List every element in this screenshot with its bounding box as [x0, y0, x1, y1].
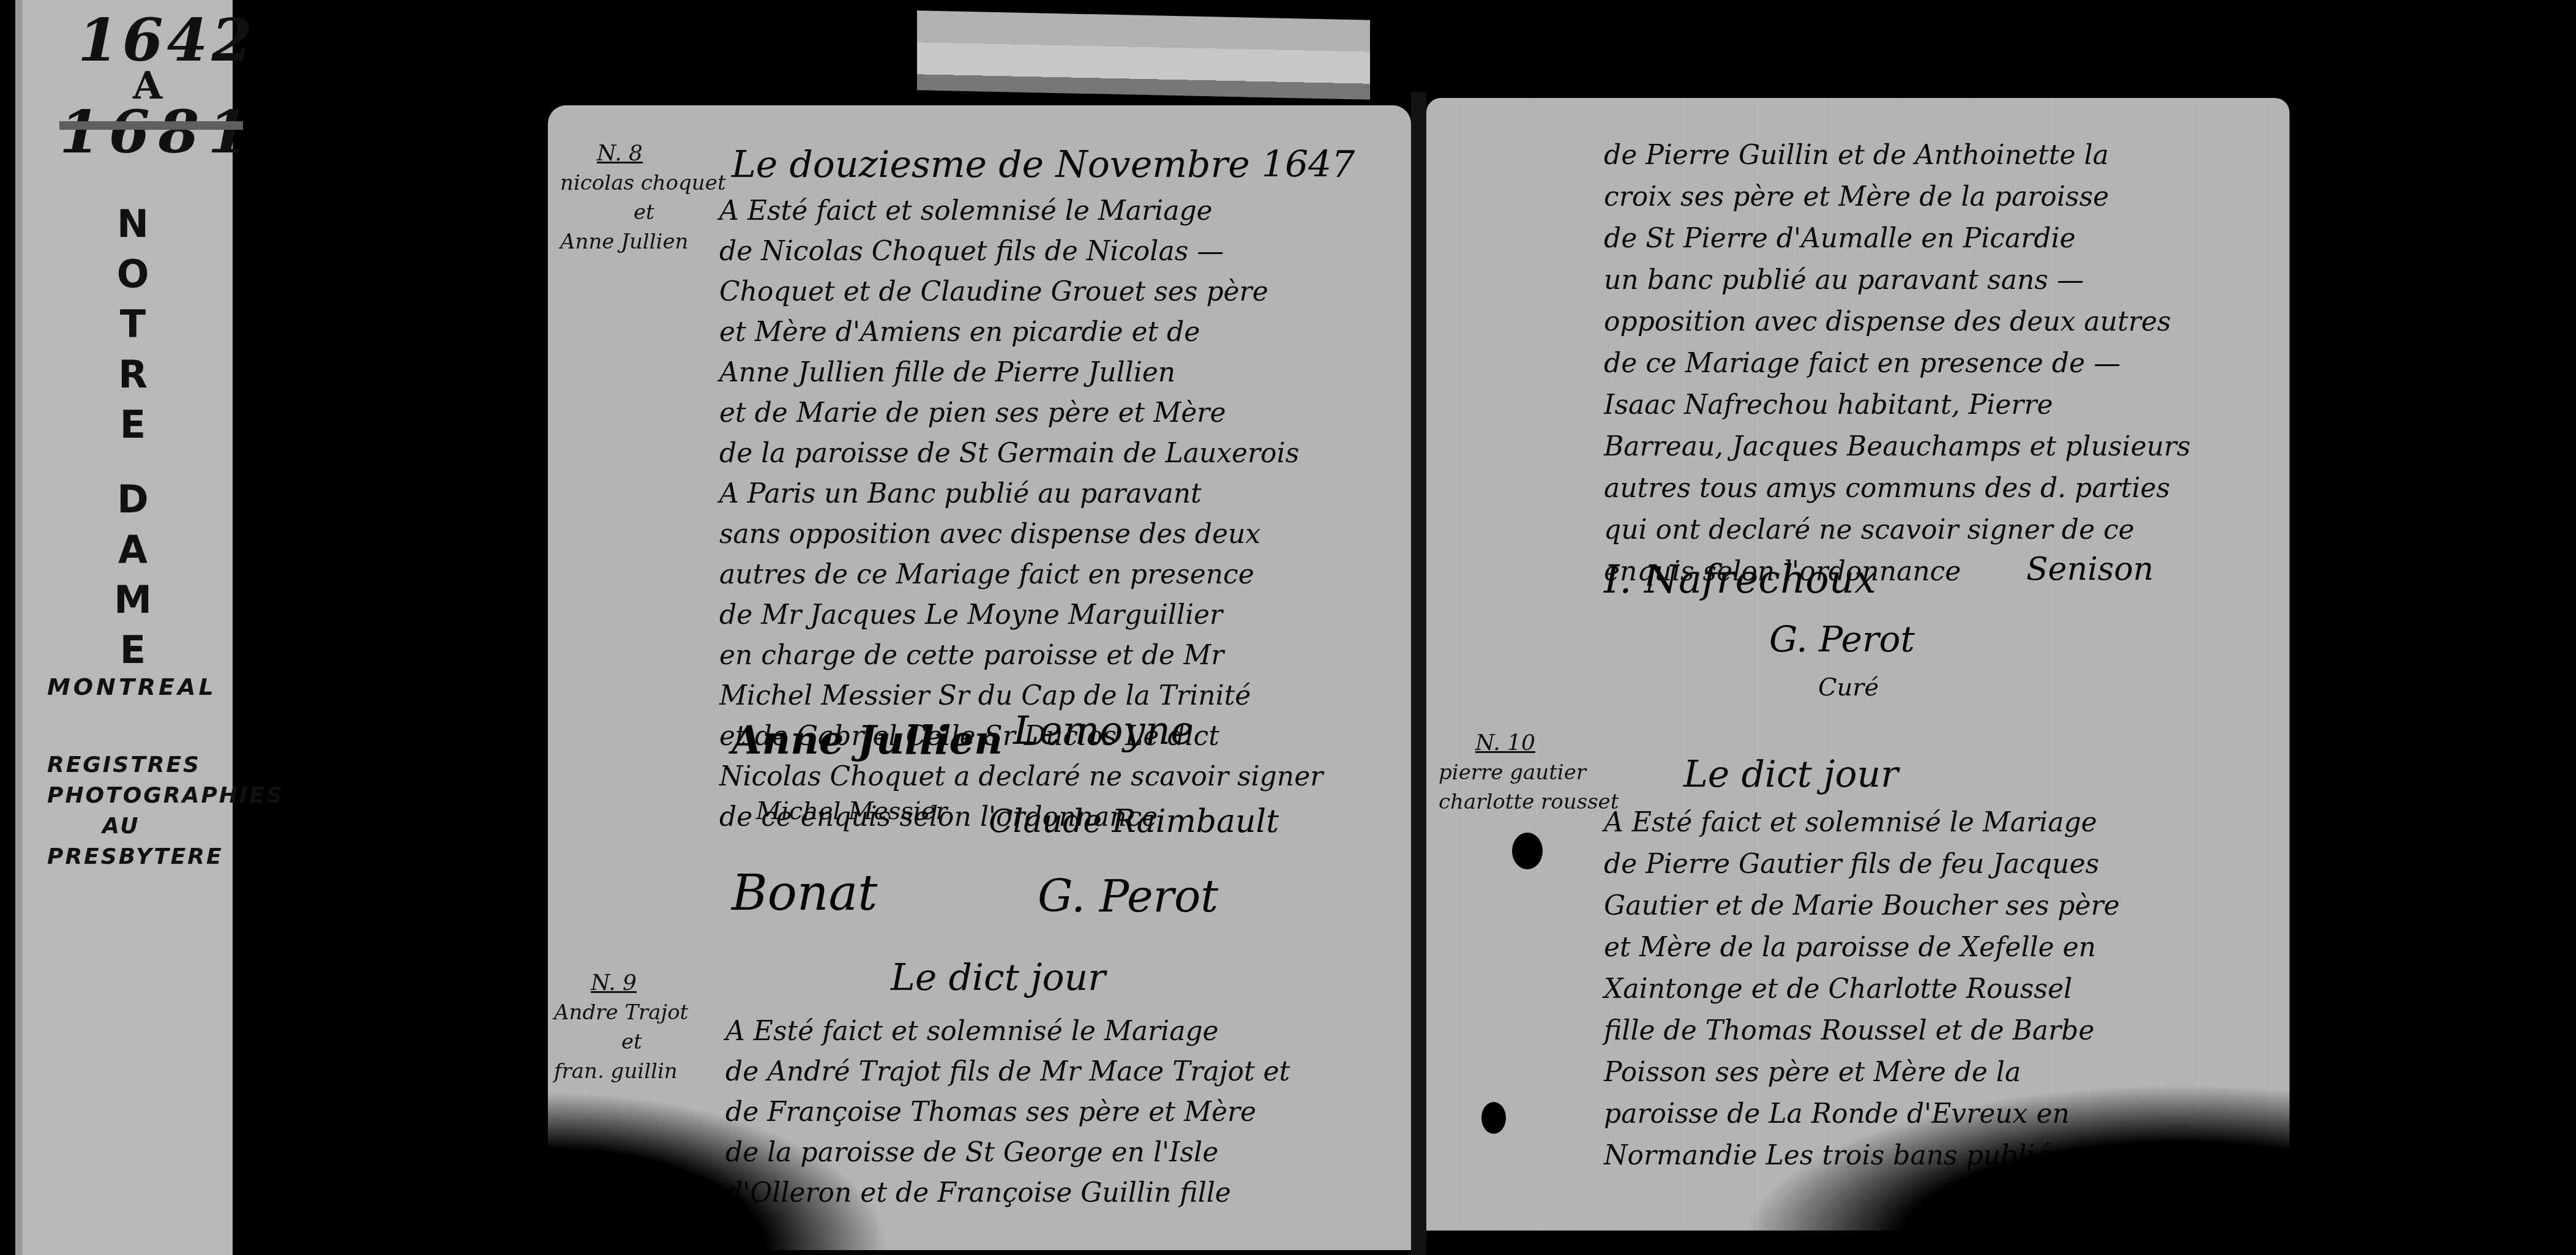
groom-name: Andre Trajot	[554, 998, 738, 1027]
signature: Claude Raimbault	[989, 803, 1279, 840]
signature: I. Nafrechoux	[1604, 557, 1876, 602]
text-line: Barreau, Jacques Beauchamps et plusieurs	[1604, 426, 2190, 468]
entry-10-margin: N. 10 pierre gautier charlotte rousset	[1439, 729, 1622, 817]
text-line: et Mère d'Amiens en picardie et de	[719, 312, 1323, 353]
text-line: autres de ce Mariage faict en presence	[719, 555, 1323, 595]
registry-line: REGISTRES	[47, 750, 249, 781]
label-divider	[59, 121, 243, 130]
text-line: de ce Mariage faict en presence de —	[1604, 343, 2190, 384]
text-line: Isaac Nafrechou habitant, Pierre	[1604, 384, 2190, 426]
text-line: de Nicolas Choquet fils de Nicolas —	[719, 231, 1323, 272]
book-gutter	[1411, 92, 1426, 1255]
registry-line: PRESBYTERE	[47, 842, 249, 872]
title-letter: O	[108, 249, 157, 299]
groom-name: pierre gautier	[1439, 758, 1622, 787]
signature: Lemoyne	[1013, 708, 1194, 754]
title-letter: T	[108, 299, 157, 350]
paper-tab	[917, 10, 1370, 100]
entry-10-date: Le dict jour	[1683, 753, 1898, 796]
text-line: A Esté faict et solemnisé le Mariage	[1604, 802, 2120, 844]
bride-name: fran. guillin	[554, 1057, 738, 1086]
continuation-text: de Pierre Guillin et de Anthoinette la c…	[1604, 135, 2190, 593]
text-line: de St Pierre d'Aumalle en Picardie	[1604, 218, 2190, 260]
title-gap	[108, 450, 157, 474]
conjunction: et	[554, 1027, 738, 1057]
entry-9-text: A Esté faict et solemnisé le Mariage de …	[725, 1011, 1290, 1213]
signature: G. Perot	[1038, 871, 1218, 922]
text-line: de Mr Jacques Le Moyne Marguillier	[719, 595, 1323, 635]
text-line: A Esté faict et solemnisé le Mariage	[719, 191, 1323, 231]
text-line: Choquet et de Claudine Grouet ses père	[719, 272, 1323, 312]
text-line: croix ses père et Mère de la paroisse	[1604, 176, 2190, 218]
title-letter: A	[108, 525, 157, 575]
text-line: un banc publié au paravant sans —	[1604, 260, 2190, 301]
signature: Anne Jullien	[732, 717, 1003, 763]
registry-note: REGISTRES PHOTOGRAPHIES AU PRESBYTERE	[47, 750, 249, 872]
entry-9-margin: N. 9 Andre Trajot et fran. guillin	[554, 968, 738, 1086]
entry-number: N. 10	[1439, 729, 1622, 758]
text-line: Anne Jullien fille de Pierre Jullien	[719, 353, 1323, 393]
text-line: A Esté faict et solemnisé le Mariage	[725, 1011, 1290, 1052]
text-line: de Pierre Guillin et de Anthoinette la	[1604, 135, 2190, 176]
text-line: de Pierre Gautier fils de feu Jacques	[1604, 844, 2120, 885]
text-line: de la paroisse de St Germain de Lauxeroi…	[719, 433, 1323, 474]
text-line: Xaintonge et de Charlotte Roussel	[1604, 968, 2120, 1010]
text-line: et Mère de la paroisse de Xefelle en	[1604, 927, 2120, 968]
parish-title-vertical: N O T R E D A M E	[108, 199, 157, 675]
signature: Senison	[2026, 551, 2154, 588]
text-line: A Paris un Banc publié au paravant	[719, 474, 1323, 514]
signature: Bonat	[732, 864, 877, 921]
ink-blot	[1481, 1102, 1506, 1134]
right-page: de Pierre Guillin et de Anthoinette la c…	[1426, 98, 2290, 1231]
entry-9-date: Le dict jour	[891, 956, 1106, 999]
signature: Curé	[1818, 673, 1879, 702]
year-end: 1681	[59, 104, 231, 160]
year-range: 1642 A 1681	[59, 12, 231, 160]
title-letter: E	[108, 625, 157, 675]
text-line: de Françoise Thomas ses père et Mère	[725, 1092, 1290, 1133]
bride-name: charlotte rousset	[1439, 787, 1622, 817]
text-line: d'Olleron et de Françoise Guillin fille	[725, 1173, 1290, 1213]
left-page: N. 8 nicolas choquet et Anne Jullien Le …	[548, 105, 1411, 1250]
text-line: qui ont declaré ne scavoir signer de ce	[1604, 509, 2190, 551]
title-letter: M	[108, 575, 157, 625]
text-line: paroisse de La Ronde d'Evreux en	[1604, 1093, 2120, 1135]
title-letter: E	[108, 400, 157, 450]
text-line: sans opposition avec dispense des deux	[719, 514, 1323, 555]
registry-line: AU	[47, 811, 249, 842]
entry-10-text: A Esté faict et solemnisé le Mariage de …	[1604, 802, 2120, 1177]
text-line: de la paroisse de St George en l'Isle	[725, 1133, 1290, 1173]
text-line: en charge de cette paroisse et de Mr	[719, 635, 1323, 676]
entry-8-date: Le douziesme de Novembre 1647	[732, 143, 1355, 186]
text-line: opposition avec dispense des deux autres	[1604, 301, 2190, 343]
archive-label-strip: 1642 A 1681 N O T R E D A M E MONTREAL R…	[15, 0, 233, 1255]
text-line: Poisson ses père et Mère de la	[1604, 1052, 2120, 1093]
title-letter: D	[108, 474, 157, 525]
signature: G. Perot	[1769, 618, 1915, 660]
text-line: et de Marie de pien ses père et Mère	[719, 393, 1323, 433]
entry-number: N. 9	[554, 968, 738, 998]
year-start: 1642	[59, 12, 231, 68]
signature: Michel Messier	[756, 797, 947, 825]
registry-line: PHOTOGRAPHIES	[47, 781, 249, 811]
entry-number: N. 8	[560, 139, 756, 168]
text-line: Normandie Les trois bans publiés	[1604, 1135, 2120, 1177]
title-letter: N	[108, 199, 157, 249]
text-line: de André Trajot fils de Mr Mace Trajot e…	[725, 1052, 1290, 1092]
city-label: MONTREAL	[47, 673, 243, 700]
text-line: Gautier et de Marie Boucher ses père	[1604, 885, 2120, 927]
text-line: autres tous amys communs des d. parties	[1604, 468, 2190, 509]
text-line: fille de Thomas Roussel et de Barbe	[1604, 1010, 2120, 1052]
ink-blot	[1512, 833, 1543, 869]
title-letter: R	[108, 350, 157, 400]
